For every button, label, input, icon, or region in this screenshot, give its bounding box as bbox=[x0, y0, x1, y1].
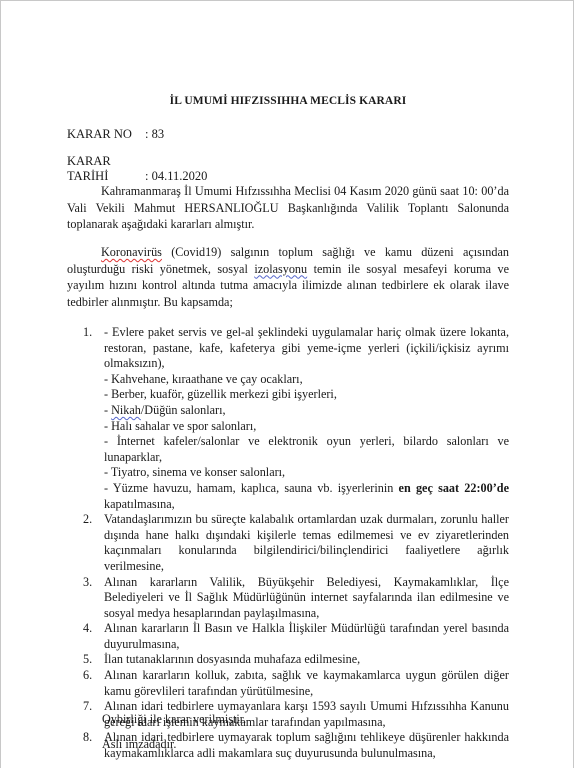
list-item-5: 5.İlan tutanaklarının dosyasında muhafaz… bbox=[87, 652, 509, 668]
sub-item-text: - Yüzme havuzu, hamam, kaplıca, sauna vb… bbox=[104, 481, 399, 495]
list-number: 6. bbox=[83, 668, 92, 684]
unanimous-statement: Oybirliği ile karar verilmiştir. bbox=[102, 712, 246, 727]
signature-note: Aslı imzadadır. bbox=[102, 737, 176, 752]
intro-text: Kahramanmaraş İl Umumi Hıfzıssıhha Mecli… bbox=[67, 184, 509, 231]
decision-date-label: KARAR TARİHİ bbox=[67, 154, 145, 184]
list-item-text: Alınan kararların İl Basın ve Halkla İli… bbox=[104, 621, 509, 651]
sub-item: - Halı sahalar ve spor salonları, bbox=[104, 419, 509, 435]
decisions-list: 1. - Evlere paket servis ve gel-al şekli… bbox=[87, 325, 509, 762]
decision-number-label: KARAR NO bbox=[67, 127, 145, 142]
list-item-text: Vatandaşlarımızın bu süreçte kalabalık o… bbox=[104, 512, 509, 573]
list-item-6: 6.Alınan kararların kolluk, zabıta, sağl… bbox=[87, 668, 509, 699]
sub-item-text: kapatılmasına, bbox=[104, 497, 175, 511]
list-number: 4. bbox=[83, 621, 92, 637]
spellcheck-word-nikah: Nikah bbox=[111, 403, 141, 417]
intro-paragraph: Kahramanmaraş İl Umumi Hıfzıssıhha Mecli… bbox=[67, 183, 509, 233]
closing-time-emphasis: en geç saat 22:00’de bbox=[399, 481, 509, 495]
sub-item: - Evlere paket servis ve gel-al şeklinde… bbox=[104, 325, 509, 372]
list-item-text: İlan tutanaklarının dosyasında muhafaza … bbox=[104, 652, 360, 666]
list-number: 2. bbox=[83, 512, 92, 528]
list-item-4: 4.Alınan kararların İl Basın ve Halkla İ… bbox=[87, 621, 509, 652]
list-item-3: 3.Alınan kararların Valilik, Büyükşehir … bbox=[87, 575, 509, 622]
decision-number-row: KARAR NO: 83 bbox=[67, 127, 164, 142]
decision-number-value: : 83 bbox=[145, 127, 164, 142]
decision-date-row: KARAR TARİHİ: 04.11.2020 bbox=[67, 154, 207, 184]
list-item-2: 2.Vatandaşlarımızın bu süreçte kalabalık… bbox=[87, 512, 509, 574]
list-item-text: Alınan kararların kolluk, zabıta, sağlık… bbox=[104, 668, 509, 698]
document-page: İL UMUMİ HIFZISSIHHA MECLİS KARARI KARAR… bbox=[0, 0, 574, 768]
sub-item: - Kahvehane, kıraathane ve çay ocakları, bbox=[104, 372, 509, 388]
sub-item: - İnternet kafeler/salonlar ve elektroni… bbox=[104, 434, 509, 465]
sub-item: - Tiyatro, sinema ve konser salonları, bbox=[104, 465, 509, 481]
sub-item-closing-hours: - Yüzme havuzu, hamam, kaplıca, sauna vb… bbox=[104, 481, 509, 512]
list-item-text: Alınan kararların Valilik, Büyükşehir Be… bbox=[104, 575, 509, 620]
list-number: 1. bbox=[83, 325, 92, 341]
decision-date-value: : 04.11.2020 bbox=[145, 169, 207, 184]
list-item-1: 1. - Evlere paket servis ve gel-al şekli… bbox=[87, 325, 509, 512]
list-number: 5. bbox=[83, 652, 92, 668]
document-title: İL UMUMİ HIFZISSIHHA MECLİS KARARI bbox=[1, 95, 574, 107]
spellcheck-word-izolasyonu: izolasyonu bbox=[254, 262, 307, 276]
spellcheck-word-koronavirus: Koronavirüs bbox=[101, 245, 162, 259]
sub-item: - Nikah/Düğün salonları, bbox=[104, 403, 509, 419]
list-number: 8. bbox=[83, 730, 92, 746]
list-number: 7. bbox=[83, 699, 92, 715]
sub-item: - Berber, kuaför, güzellik merkezi gibi … bbox=[104, 387, 509, 403]
context-paragraph: Koronavirüs (Covid19) salgının toplum sa… bbox=[67, 244, 509, 310]
list-number: 3. bbox=[83, 575, 92, 591]
